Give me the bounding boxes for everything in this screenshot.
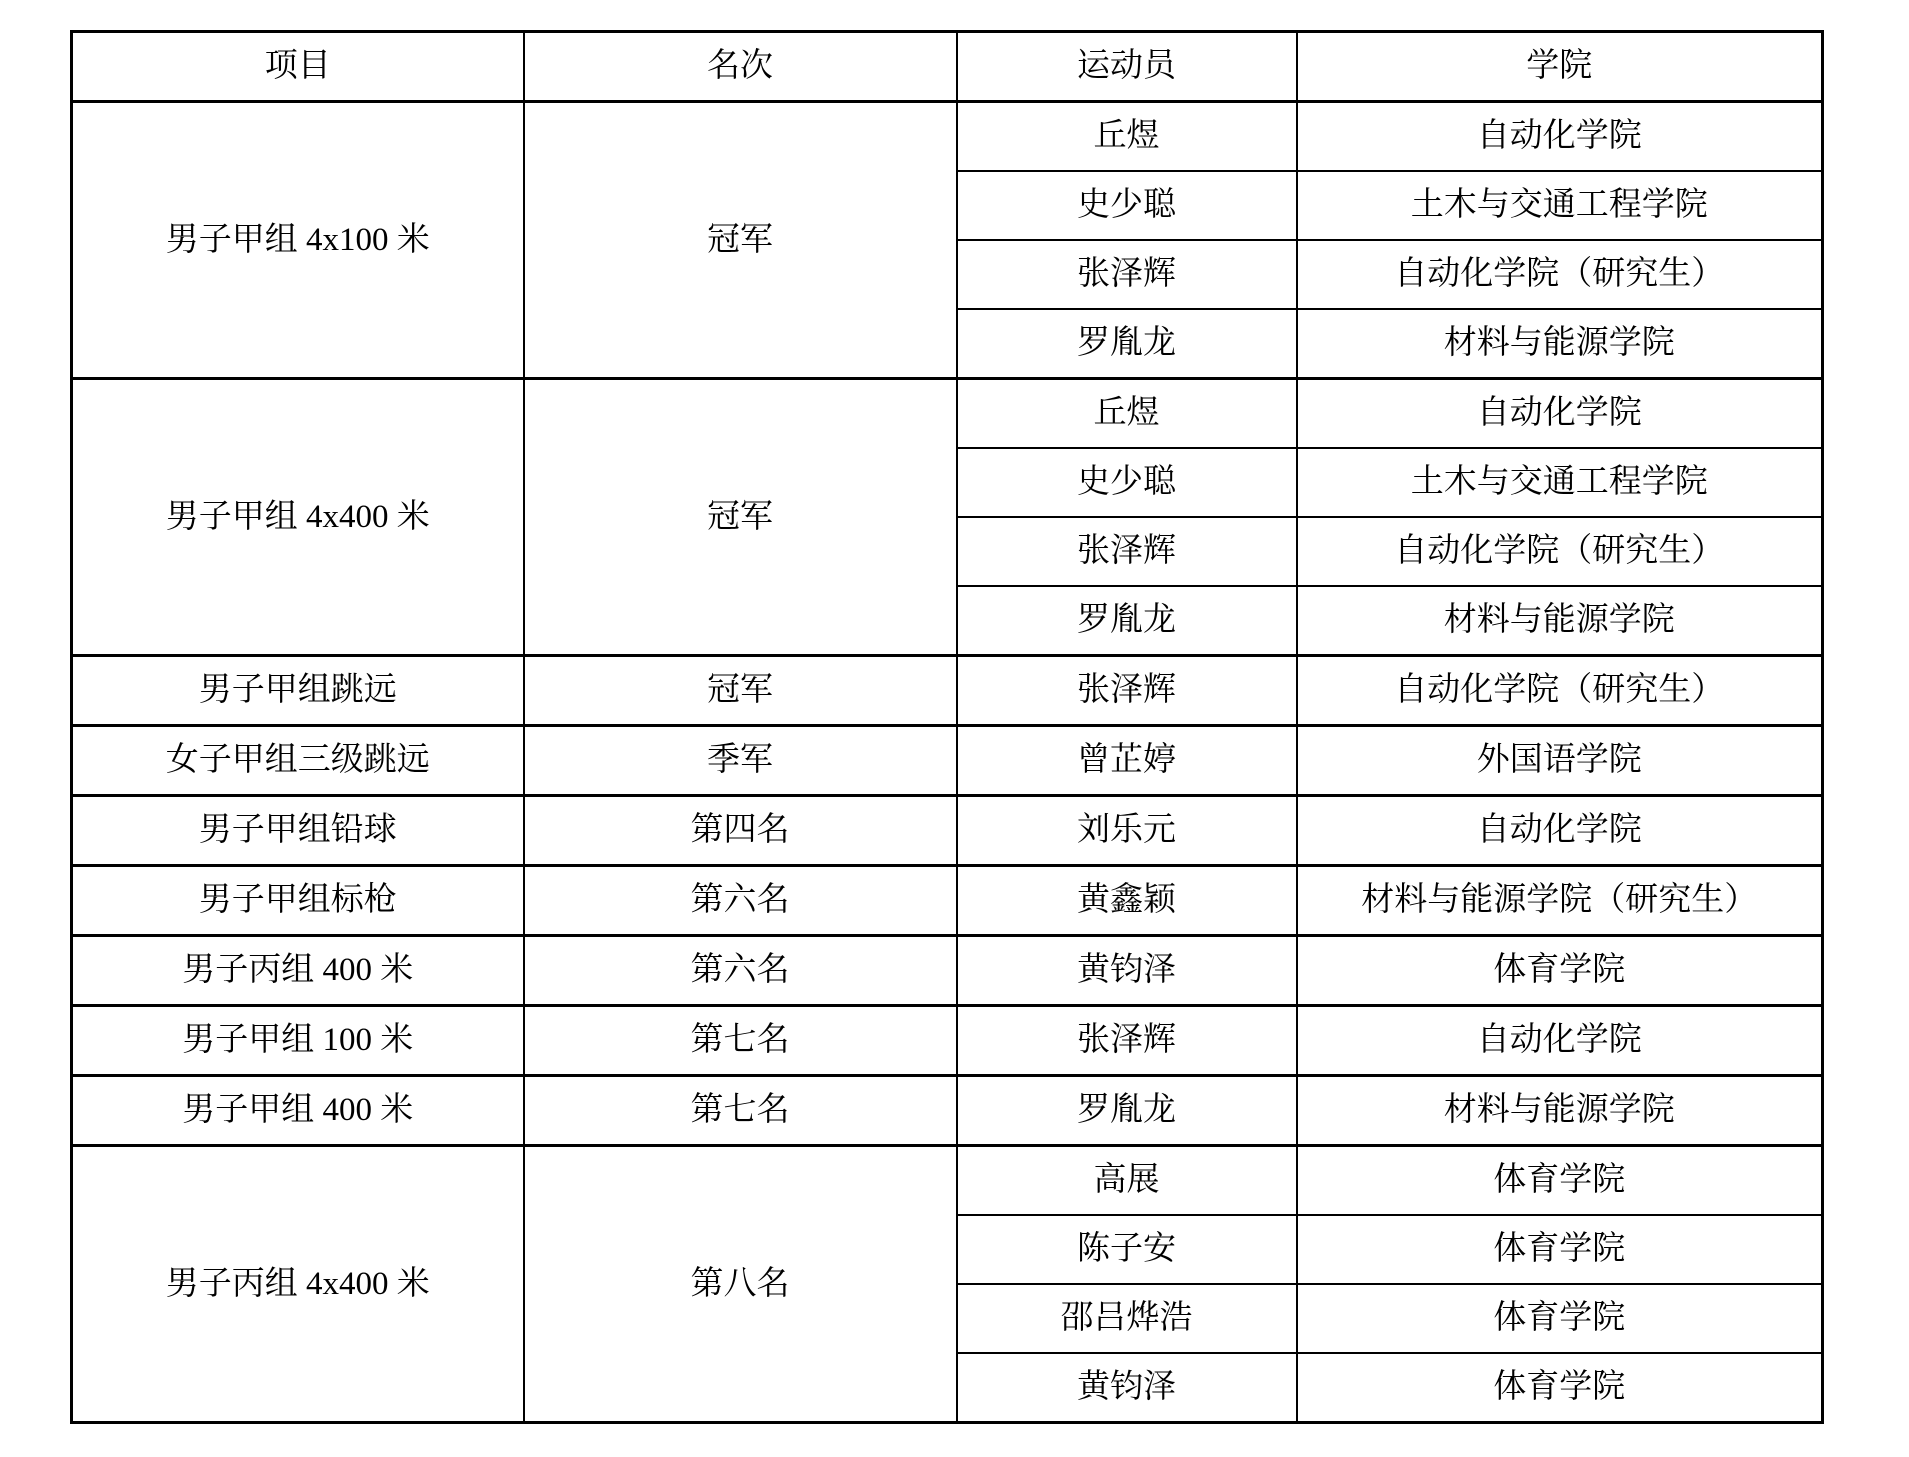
rank-cell: 季军 [524,726,957,796]
results-table: 项目 名次 运动员 学院 男子甲组 4x100 米冠军丘煜自动化学院史少聪土木与… [70,30,1824,1424]
athlete-name-cell: 张泽辉 [957,240,1297,309]
college-cell: 土木与交通工程学院 [1297,171,1823,240]
college-cell: 体育学院 [1297,1353,1823,1423]
athlete-name-cell: 张泽辉 [957,1006,1297,1076]
event-cell: 男子甲组跳远 [72,656,524,726]
athlete-name-cell: 丘煜 [957,379,1297,449]
college-cell: 自动化学院（研究生） [1297,517,1823,586]
college-cell: 土木与交通工程学院 [1297,448,1823,517]
event-cell: 男子丙组 4x400 米 [72,1146,524,1423]
table-row: 男子甲组 4x100 米冠军丘煜自动化学院 [72,102,1823,172]
event-cell: 男子丙组 400 米 [72,936,524,1006]
athlete-name-cell: 黄钧泽 [957,1353,1297,1423]
athlete-name-cell: 张泽辉 [957,656,1297,726]
college-cell: 外国语学院 [1297,726,1823,796]
college-cell: 体育学院 [1297,936,1823,1006]
rank-cell: 冠军 [524,102,957,379]
header-row: 项目 名次 运动员 学院 [72,32,1823,102]
column-header-athlete: 运动员 [957,32,1297,102]
athlete-name-cell: 罗胤龙 [957,1076,1297,1146]
college-cell: 体育学院 [1297,1146,1823,1216]
athlete-name-cell: 邵吕烨浩 [957,1284,1297,1353]
column-header-rank: 名次 [524,32,957,102]
results-table-body: 男子甲组 4x100 米冠军丘煜自动化学院史少聪土木与交通工程学院张泽辉自动化学… [72,102,1823,1423]
college-cell: 体育学院 [1297,1284,1823,1353]
table-row: 男子甲组铅球第四名刘乐元自动化学院 [72,796,1823,866]
event-cell: 男子甲组 4x400 米 [72,379,524,656]
college-cell: 材料与能源学院 [1297,1076,1823,1146]
college-cell: 自动化学院 [1297,102,1823,172]
athlete-name-cell: 罗胤龙 [957,586,1297,656]
athlete-name-cell: 高展 [957,1146,1297,1216]
column-header-event: 项目 [72,32,524,102]
college-cell: 自动化学院 [1297,796,1823,866]
document-page: 项目 名次 运动员 学院 男子甲组 4x100 米冠军丘煜自动化学院史少聪土木与… [0,0,1909,1457]
college-cell: 自动化学院（研究生） [1297,656,1823,726]
event-cell: 男子甲组 100 米 [72,1006,524,1076]
college-cell: 自动化学院 [1297,379,1823,449]
event-cell: 男子甲组 400 米 [72,1076,524,1146]
college-cell: 材料与能源学院（研究生） [1297,866,1823,936]
rank-cell: 第四名 [524,796,957,866]
event-cell: 女子甲组三级跳远 [72,726,524,796]
event-cell: 男子甲组标枪 [72,866,524,936]
event-cell: 男子甲组铅球 [72,796,524,866]
college-cell: 自动化学院 [1297,1006,1823,1076]
athlete-name-cell: 罗胤龙 [957,309,1297,379]
rank-cell: 冠军 [524,379,957,656]
rank-cell: 冠军 [524,656,957,726]
college-cell: 体育学院 [1297,1215,1823,1284]
rank-cell: 第七名 [524,1006,957,1076]
rank-cell: 第六名 [524,866,957,936]
rank-cell: 第八名 [524,1146,957,1423]
table-row: 男子丙组 400 米第六名黄钧泽体育学院 [72,936,1823,1006]
rank-cell: 第六名 [524,936,957,1006]
table-row: 男子甲组 400 米第七名罗胤龙材料与能源学院 [72,1076,1823,1146]
athlete-name-cell: 黄钧泽 [957,936,1297,1006]
athlete-name-cell: 史少聪 [957,171,1297,240]
college-cell: 材料与能源学院 [1297,309,1823,379]
event-cell: 男子甲组 4x100 米 [72,102,524,379]
athlete-name-cell: 曾芷婷 [957,726,1297,796]
table-row: 男子甲组跳远冠军张泽辉自动化学院（研究生） [72,656,1823,726]
table-row: 男子甲组标枪第六名黄鑫颖材料与能源学院（研究生） [72,866,1823,936]
table-row: 男子甲组 100 米第七名张泽辉自动化学院 [72,1006,1823,1076]
college-cell: 材料与能源学院 [1297,586,1823,656]
table-row: 男子丙组 4x400 米第八名高展体育学院 [72,1146,1823,1216]
college-cell: 自动化学院（研究生） [1297,240,1823,309]
athlete-name-cell: 陈子安 [957,1215,1297,1284]
athlete-name-cell: 史少聪 [957,448,1297,517]
column-header-college: 学院 [1297,32,1823,102]
table-row: 女子甲组三级跳远季军曾芷婷外国语学院 [72,726,1823,796]
athlete-name-cell: 刘乐元 [957,796,1297,866]
athlete-name-cell: 丘煜 [957,102,1297,172]
athlete-name-cell: 张泽辉 [957,517,1297,586]
athlete-name-cell: 黄鑫颖 [957,866,1297,936]
table-row: 男子甲组 4x400 米冠军丘煜自动化学院 [72,379,1823,449]
rank-cell: 第七名 [524,1076,957,1146]
